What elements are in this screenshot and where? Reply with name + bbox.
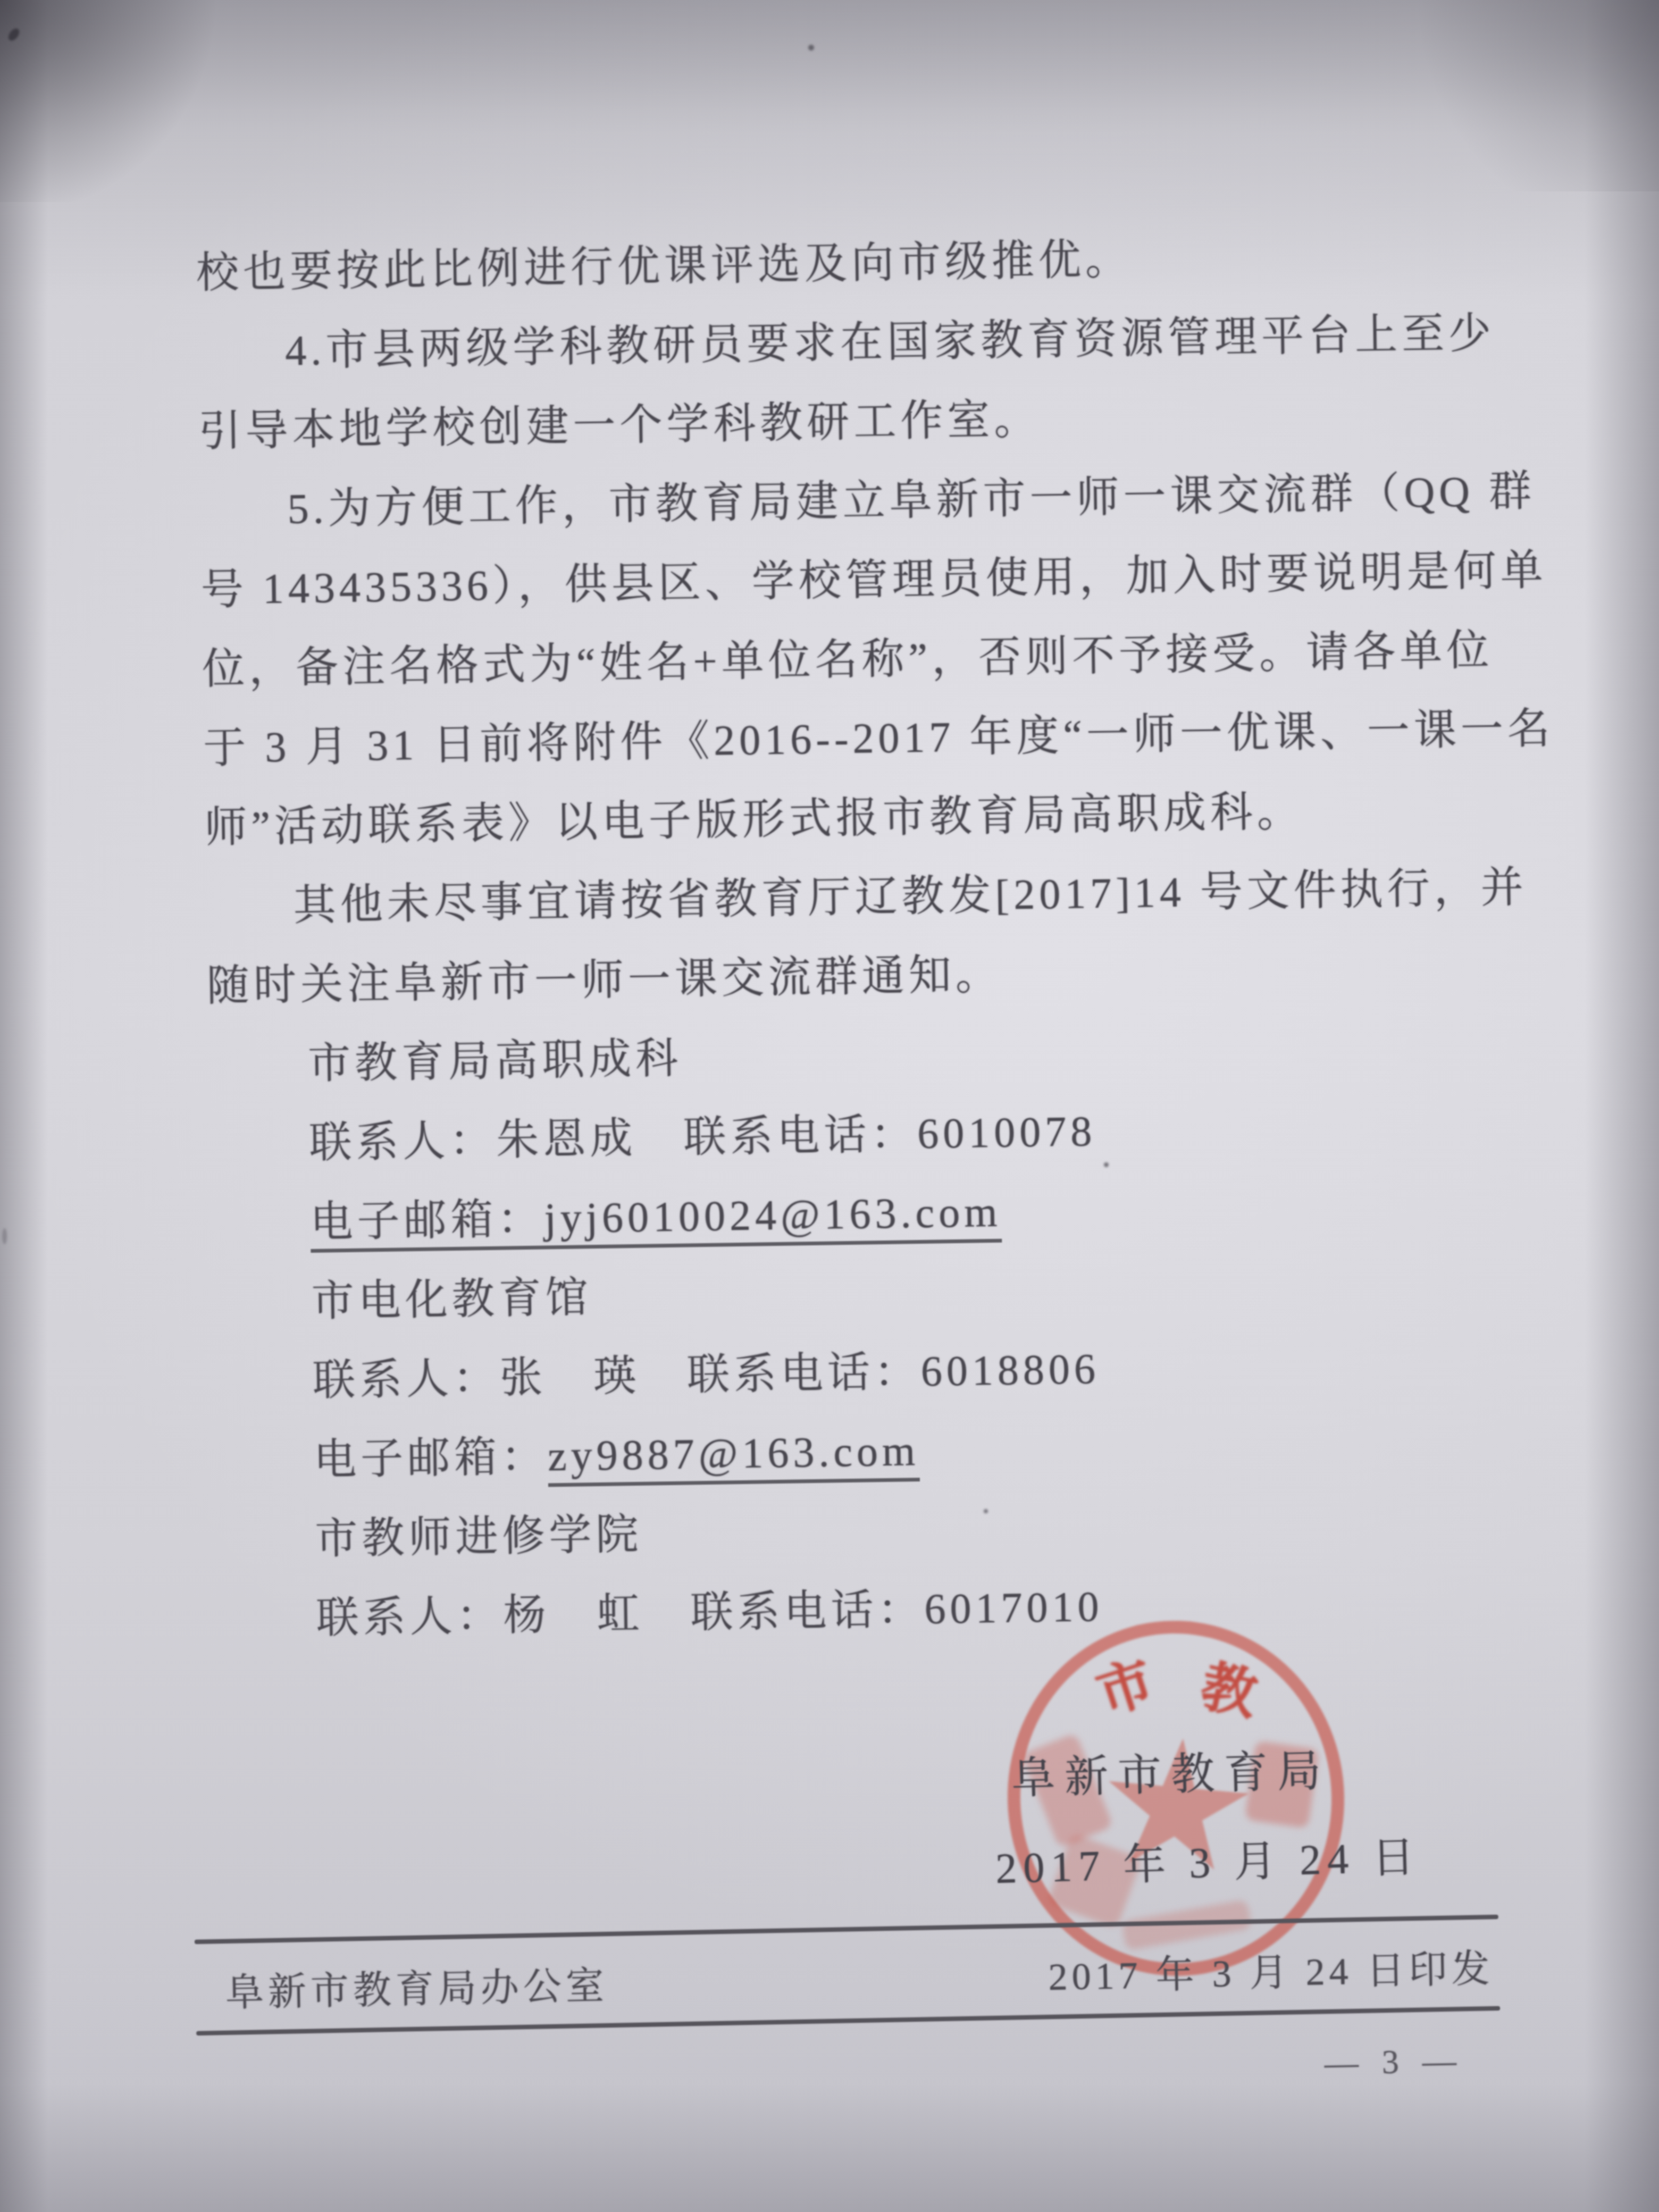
email-underlined: 电子邮箱：jyj6010024@163.com (310, 1189, 1002, 1253)
footer-office: 阜新市教育局办公室 (225, 1954, 609, 2017)
paper-speck (2, 1228, 7, 1244)
paper-speck (808, 45, 814, 51)
page-number-row: — 3 — (197, 2040, 1502, 2105)
signature-organization: 阜新市教育局 (1011, 1736, 1331, 1806)
email-label: 电子邮箱： (314, 1433, 548, 1484)
seal-arc-char: 市 (1085, 1637, 1162, 1730)
footer: 阜新市教育局办公室 2017 年 3 月 24 日印发 — 3 — (195, 1915, 1501, 2105)
email-underlined: zy9887@163.com (548, 1428, 920, 1487)
photo-shadow-left (0, 0, 48, 2212)
photo-shadow-corner (1382, 0, 1659, 191)
paper-speck (6, 27, 22, 43)
photo-shadow-corner (0, 0, 223, 202)
signature-date: 2017 年 3 月 24 日 (995, 1822, 1422, 1895)
photo-shadow-right (1585, 0, 1659, 2212)
page-number: — 3 — (1324, 2041, 1464, 2082)
footer-print-date: 2017 年 3 月 24 日印发 (1048, 1937, 1494, 2001)
seal-arc-char: 教 (1195, 1641, 1266, 1730)
document-body: 校也要按此比例进行优课评选及向市级推优。 4.市县两级学科教研员要求在国家教育资… (196, 214, 1536, 1660)
document-photo: 校也要按此比例进行优课评选及向市级推优。 4.市县两级学科教研员要求在国家教育资… (0, 0, 1659, 2212)
